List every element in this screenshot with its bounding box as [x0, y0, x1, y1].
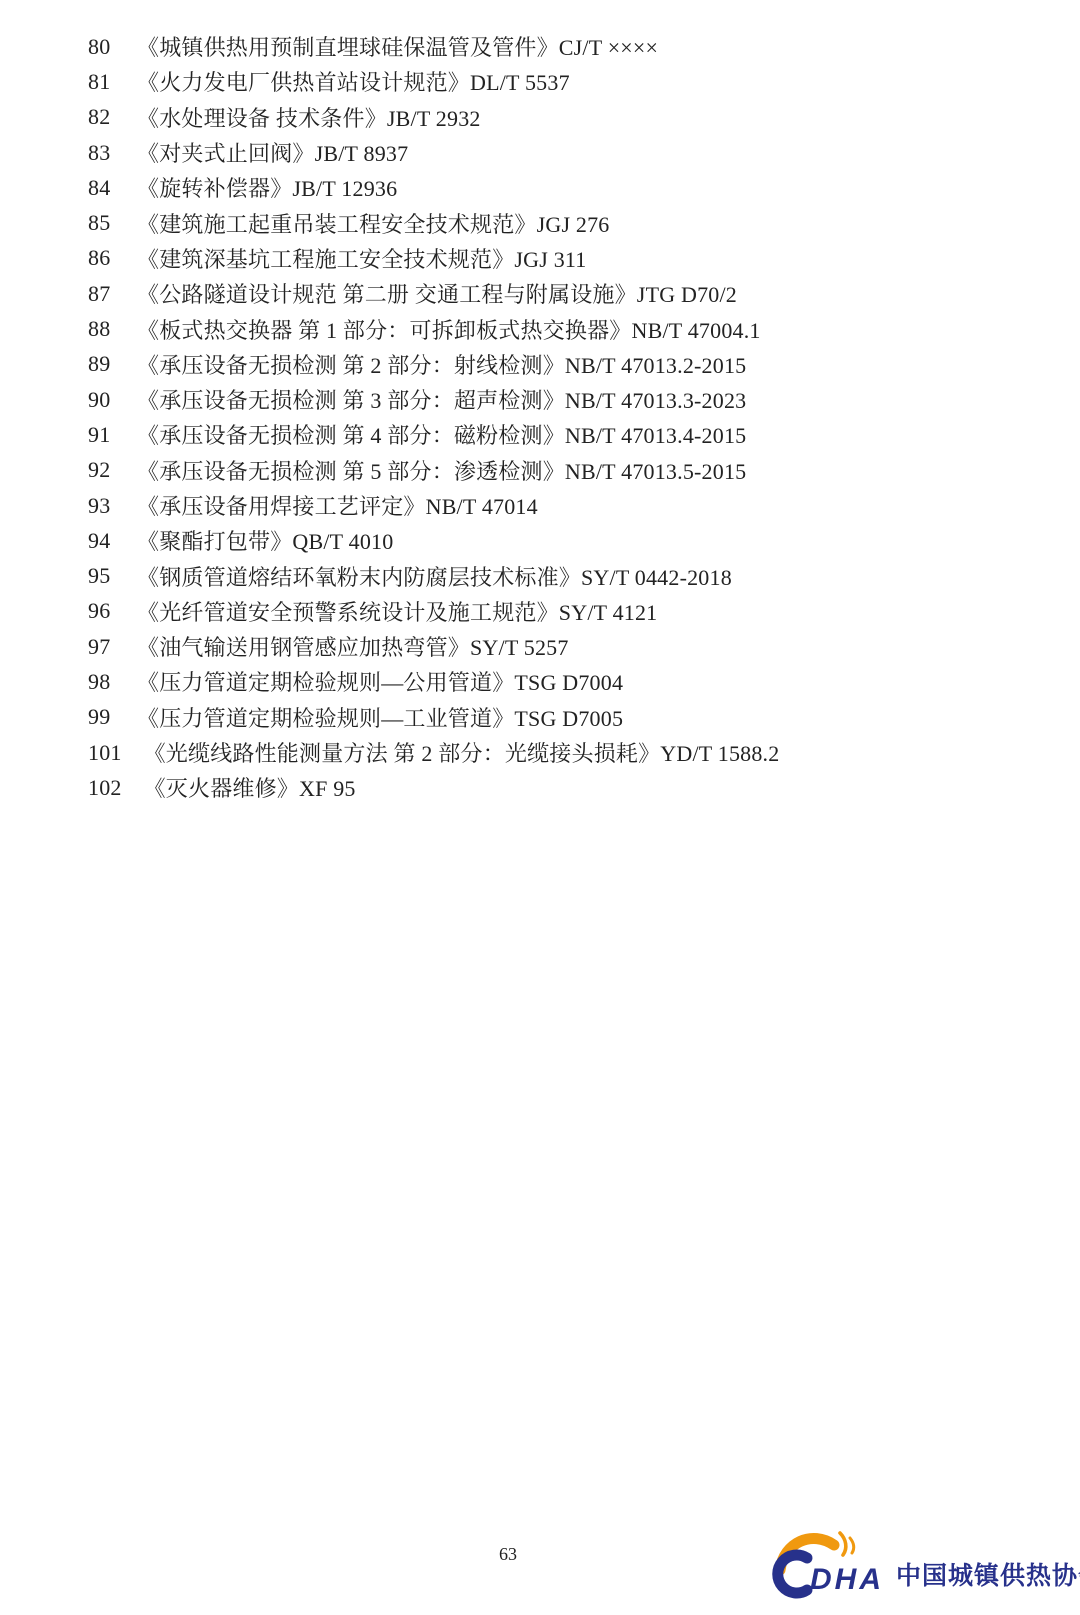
standard-item-title: 《钢质管道熔结环氧粉末内防腐层技术标准》SY/T 0442-2018: [137, 561, 732, 592]
standard-list-item: 80 《城镇供热用预制直埋球硅保温管及管件》CJ/T ××××: [88, 29, 1050, 64]
standard-item-number: 90: [88, 387, 115, 413]
standard-item-title: 《建筑深基坑工程施工安全技术规范》JGJ 311: [137, 243, 587, 274]
standard-list-item: 93 《承压设备用焊接工艺评定》NB/T 47014: [88, 488, 1050, 523]
standard-item-title: 《水处理设备 技术条件》JB/T 2932: [137, 102, 481, 133]
standard-list-item: 87 《公路隧道设计规范 第二册 交通工程与附属设施》JTG D70/2: [88, 276, 1050, 311]
standard-item-title: 《压力管道定期检验规则—工业管道》TSG D7005: [137, 702, 623, 733]
standard-item-title: 《火力发电厂供热首站设计规范》DL/T 5537: [137, 66, 570, 97]
standard-list-item: 102 《灭火器维修》XF 95: [88, 770, 1050, 805]
standard-item-number: 87: [88, 281, 115, 307]
standard-item-title: 《旋转补偿器》JB/T 12936: [137, 172, 397, 203]
standard-item-number: 83: [88, 140, 115, 166]
standard-item-title: 《光纤管道安全预警系统设计及施工规范》SY/T 4121: [137, 596, 657, 627]
standard-item-number: 92: [88, 457, 115, 483]
standard-item-title: 《建筑施工起重吊装工程安全技术规范》JGJ 276: [137, 208, 610, 239]
standard-item-title: 《光缆线路性能测量方法 第 2 部分：光缆接头损耗》YD/T 1588.2: [144, 737, 780, 768]
standard-item-title: 《承压设备用焊接工艺评定》NB/T 47014: [137, 490, 538, 521]
standard-item-number: 96: [88, 598, 115, 624]
standard-item-title: 《承压设备无损检测 第 5 部分：渗透检测》NB/T 47013.5-2015: [137, 455, 746, 486]
cdha-logo-icon: DHA: [766, 1526, 894, 1610]
standard-list-item: 82 《水处理设备 技术条件》JB/T 2932: [88, 100, 1050, 135]
standard-list-item: 81 《火力发电厂供热首站设计规范》DL/T 5537: [88, 64, 1050, 99]
logo-organization-name: 中国城镇供热协会: [896, 1556, 1080, 1592]
standard-item-number: 84: [88, 175, 115, 201]
standard-item-number: 98: [88, 669, 115, 695]
logo-acronym-text: DHA: [810, 1563, 884, 1596]
standard-item-title: 《板式热交换器 第 1 部分：可拆卸板式热交换器》NB/T 47004.1: [137, 314, 761, 345]
standard-item-number: 80: [88, 34, 115, 60]
standard-list-item: 94 《聚酯打包带》QB/T 4010: [88, 523, 1050, 558]
standard-list-item: 86 《建筑深基坑工程施工安全技术规范》JGJ 311: [88, 241, 1050, 276]
standard-list-item: 91 《承压设备无损检测 第 4 部分：磁粉检测》NB/T 47013.4-20…: [88, 417, 1050, 452]
standard-item-number: 82: [88, 104, 115, 130]
standard-list-item: 97 《油气输送用钢管感应加热弯管》SY/T 5257: [88, 629, 1050, 664]
standard-item-title: 《聚酯打包带》QB/T 4010: [137, 525, 393, 556]
standard-item-number: 94: [88, 528, 115, 554]
standard-item-number: 88: [88, 316, 115, 342]
document-page: 80 《城镇供热用预制直埋球硅保温管及管件》CJ/T ×××× 81 《火力发电…: [0, 0, 1080, 1615]
standards-reference-list: 80 《城镇供热用预制直埋球硅保温管及管件》CJ/T ×××× 81 《火力发电…: [88, 29, 1050, 806]
standard-list-item: 89 《承压设备无损检测 第 2 部分：射线检测》NB/T 47013.2-20…: [88, 347, 1050, 382]
standard-list-item: 84 《旋转补偿器》JB/T 12936: [88, 170, 1050, 205]
standard-item-number: 86: [88, 245, 115, 271]
standard-item-number: 91: [88, 422, 115, 448]
standard-item-number: 93: [88, 493, 115, 519]
standard-item-number: 101: [88, 740, 122, 766]
standard-list-item: 98 《压力管道定期检验规则—公用管道》TSG D7004: [88, 664, 1050, 699]
page-number: 63: [466, 1544, 550, 1565]
standard-list-item: 96 《光纤管道安全预警系统设计及施工规范》SY/T 4121: [88, 594, 1050, 629]
standard-item-title: 《油气输送用钢管感应加热弯管》SY/T 5257: [137, 631, 569, 662]
standard-item-title: 《城镇供热用预制直埋球硅保温管及管件》CJ/T ××××: [137, 31, 658, 62]
standard-item-number: 95: [88, 563, 115, 589]
standard-item-number: 97: [88, 634, 115, 660]
standard-list-item: 85 《建筑施工起重吊装工程安全技术规范》JGJ 276: [88, 205, 1050, 240]
standard-list-item: 83 《对夹式止回阀》JB/T 8937: [88, 135, 1050, 170]
standard-item-number: 102: [88, 775, 122, 801]
standard-item-title: 《灭火器维修》XF 95: [144, 772, 356, 803]
association-logo: DHA 中国城镇供热协会: [766, 1526, 1052, 1610]
standard-item-number: 89: [88, 351, 115, 377]
standard-list-item: 90 《承压设备无损检测 第 3 部分：超声检测》NB/T 47013.3-20…: [88, 382, 1050, 417]
standard-item-title: 《对夹式止回阀》JB/T 8937: [137, 137, 408, 168]
standard-list-item: 101 《光缆线路性能测量方法 第 2 部分：光缆接头损耗》YD/T 1588.…: [88, 735, 1050, 770]
standard-list-item: 92 《承压设备无损检测 第 5 部分：渗透检测》NB/T 47013.5-20…: [88, 453, 1050, 488]
standard-item-number: 81: [88, 69, 115, 95]
standard-list-item: 99 《压力管道定期检验规则—工业管道》TSG D7005: [88, 700, 1050, 735]
standard-item-title: 《承压设备无损检测 第 3 部分：超声检测》NB/T 47013.3-2023: [137, 384, 746, 415]
standard-item-title: 《公路隧道设计规范 第二册 交通工程与附属设施》JTG D70/2: [137, 278, 737, 309]
standard-item-title: 《承压设备无损检测 第 2 部分：射线检测》NB/T 47013.2-2015: [137, 349, 746, 380]
standard-item-number: 85: [88, 210, 115, 236]
standard-item-title: 《压力管道定期检验规则—公用管道》TSG D7004: [137, 666, 623, 697]
standard-list-item: 95 《钢质管道熔结环氧粉末内防腐层技术标准》SY/T 0442-2018: [88, 558, 1050, 593]
standard-item-number: 99: [88, 704, 115, 730]
standard-item-title: 《承压设备无损检测 第 4 部分：磁粉检测》NB/T 47013.4-2015: [137, 419, 746, 450]
standard-list-item: 88 《板式热交换器 第 1 部分：可拆卸板式热交换器》NB/T 47004.1: [88, 311, 1050, 346]
